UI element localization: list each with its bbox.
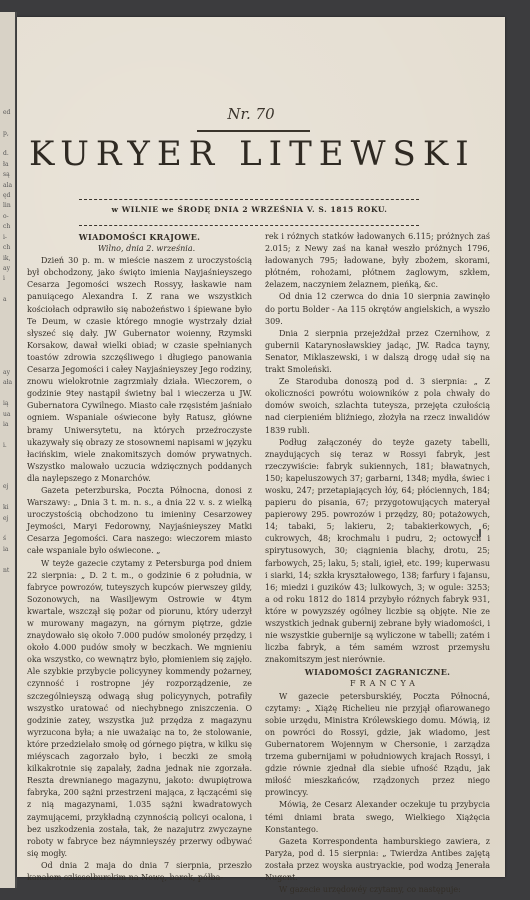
issue-number: Nr. 70 (7, 105, 495, 123)
margin-mark (479, 529, 481, 537)
article-paragraph: Ze Staroduba donoszą pod d. 3 sierpnia: … (265, 376, 490, 436)
country-heading: FRANCYA (265, 678, 490, 690)
article-paragraph: W teyże gazecie czytamy z Petersburga po… (27, 558, 252, 860)
article-paragraph: Od dnia 2 maja do dnia 7 sierpnia, przes… (27, 860, 252, 884)
article-paragraph: Podług załączonéy do teyże gazety tabell… (265, 437, 490, 667)
article-paragraph: Od dnia 12 czerwca do dnia 10 sierpnia z… (265, 291, 490, 327)
section-heading-foreign: WIADOMOŚCI ZAGRANICZNE. (265, 666, 490, 678)
left-column: WIADOMOŚCI KRAJOWE. Wilno, dnia 2. wrześ… (27, 231, 252, 884)
previous-page-edge: ed p, d. ła są ala ęd lin o- ch i- ch ik… (0, 12, 17, 888)
section-heading-domestic: WIADOMOŚCI KRAJOWE. (27, 231, 252, 243)
article-paragraph: Dnia 2 sierpnia przejeżdżał przez Czerni… (265, 328, 490, 376)
article-paragraph: W gazecie petersburskiéy, Poczta Północn… (265, 691, 490, 800)
newspaper-page: Nr. 70 KURYER LITEWSKI w WILNIE we ŚRODĘ… (17, 17, 505, 877)
dateline: w WILNIE we ŚRODĘ DNIA 2 WRZEŚNIA V. S. … (77, 205, 422, 214)
article-paragraph: Dzień 30 p. m. w mieście naszem z uroczy… (27, 255, 252, 485)
article-paragraph: Gazeta Korrespondenta hamburskiego zawie… (265, 836, 490, 884)
previous-page-text-fragment: ed p, d. ła są ala ęd lin o- ch i- ch ik… (0, 12, 15, 576)
article-paragraph: Mówią, że Cesarz Alexander oczekuje tu p… (265, 799, 490, 835)
right-column: rek i różnych statków ładowanych 6.115; … (265, 231, 490, 896)
section-dateline: Wilno, dnia 2. września. (27, 243, 252, 255)
article-paragraph: W gazecie urzędowéy czytamy, co następuj… (265, 884, 490, 896)
article-paragraph: rek i różnych statków ładowanych 6.115; … (265, 231, 490, 291)
dateline-rule-top (79, 199, 419, 201)
article-paragraph: Gazeta peterzburska, Poczta Północna, do… (27, 485, 252, 558)
newspaper-title: KURYER LITEWSKI (29, 134, 479, 174)
masthead-rule (197, 130, 310, 132)
dateline-rule-bottom (79, 225, 419, 227)
